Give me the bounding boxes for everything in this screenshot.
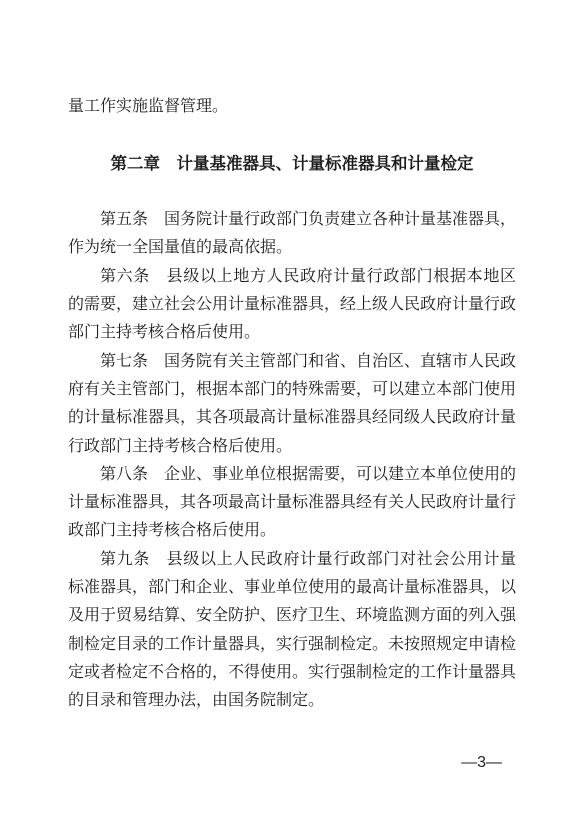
paragraph-line: 及用于贸易结算、安全防护、医疗卫生、环境监测方面的列入强: [68, 602, 516, 630]
paragraph-line: 计量标准器具，其各项最高计量标准器具经有关人民政府计量行: [68, 489, 516, 517]
paragraph: 第七条 国务院有关主管部门和省、自治区、直辖市人民政府有关主管部门，根据本部门的…: [68, 348, 516, 461]
paragraph-line: 第五条 国务院计量行政部门负责建立各种计量基准器具，: [68, 206, 516, 234]
paragraph-line: 部门主持考核合格后使用。: [68, 319, 516, 347]
paragraph-list: 第五条 国务院计量行政部门负责建立各种计量基准器具，作为统一全国量值的最高依据。…: [68, 206, 516, 715]
continuation-line: 量工作实施监督管理。: [68, 93, 516, 121]
paragraph-line: 行政部门主持考核合格后使用。: [68, 433, 516, 461]
paragraph-line: 作为统一全国量值的最高依据。: [68, 234, 516, 262]
chapter-heading: 第二章 计量基准器具、计量标准器具和计量检定: [68, 150, 516, 178]
document-page: 量工作实施监督管理。 第二章 计量基准器具、计量标准器具和计量检定 第五条 国务…: [0, 0, 582, 825]
vertical-gap: [68, 121, 516, 149]
paragraph: 第八条 企业、事业单位根据需要，可以建立本单位使用的计量标准器具，其各项最高计量…: [68, 461, 516, 546]
paragraph: 第六条 县级以上地方人民政府计量行政部门根据本地区的需要，建立社会公用计量标准器…: [68, 263, 516, 348]
paragraph: 第五条 国务院计量行政部门负责建立各种计量基准器具，作为统一全国量值的最高依据。: [68, 206, 516, 263]
paragraph-line: 政部门主持考核合格后使用。: [68, 517, 516, 545]
paragraph-line: 定或者检定不合格的，不得使用。实行强制检定的工作计量器具: [68, 659, 516, 687]
page-number: —3—: [461, 753, 502, 773]
paragraph-line: 的计量标准器具，其各项最高计量标准器具经同级人民政府计量: [68, 404, 516, 432]
paragraph-line: 的需要，建立社会公用计量标准器具，经上级人民政府计量行政: [68, 291, 516, 319]
paragraph-line: 标准器具，部门和企业、事业单位使用的最高计量标准器具，以: [68, 574, 516, 602]
paragraph: 第九条 县级以上人民政府计量行政部门对社会公用计量标准器具，部门和企业、事业单位…: [68, 546, 516, 716]
paragraph-line: 第七条 国务院有关主管部门和省、自治区、直辖市人民政: [68, 348, 516, 376]
vertical-gap: [68, 178, 516, 206]
paragraph-line: 的目录和管理办法，由国务院制定。: [68, 687, 516, 715]
paragraph-line: 第八条 企业、事业单位根据需要，可以建立本单位使用的: [68, 461, 516, 489]
paragraph-line: 第六条 县级以上地方人民政府计量行政部门根据本地区: [68, 263, 516, 291]
page-content: 量工作实施监督管理。 第二章 计量基准器具、计量标准器具和计量检定 第五条 国务…: [68, 93, 516, 716]
paragraph-line: 府有关主管部门，根据本部门的特殊需要，可以建立本部门使用: [68, 376, 516, 404]
paragraph-line: 制检定目录的工作计量器具，实行强制检定。未按照规定申请检: [68, 631, 516, 659]
paragraph-line: 第九条 县级以上人民政府计量行政部门对社会公用计量: [68, 546, 516, 574]
